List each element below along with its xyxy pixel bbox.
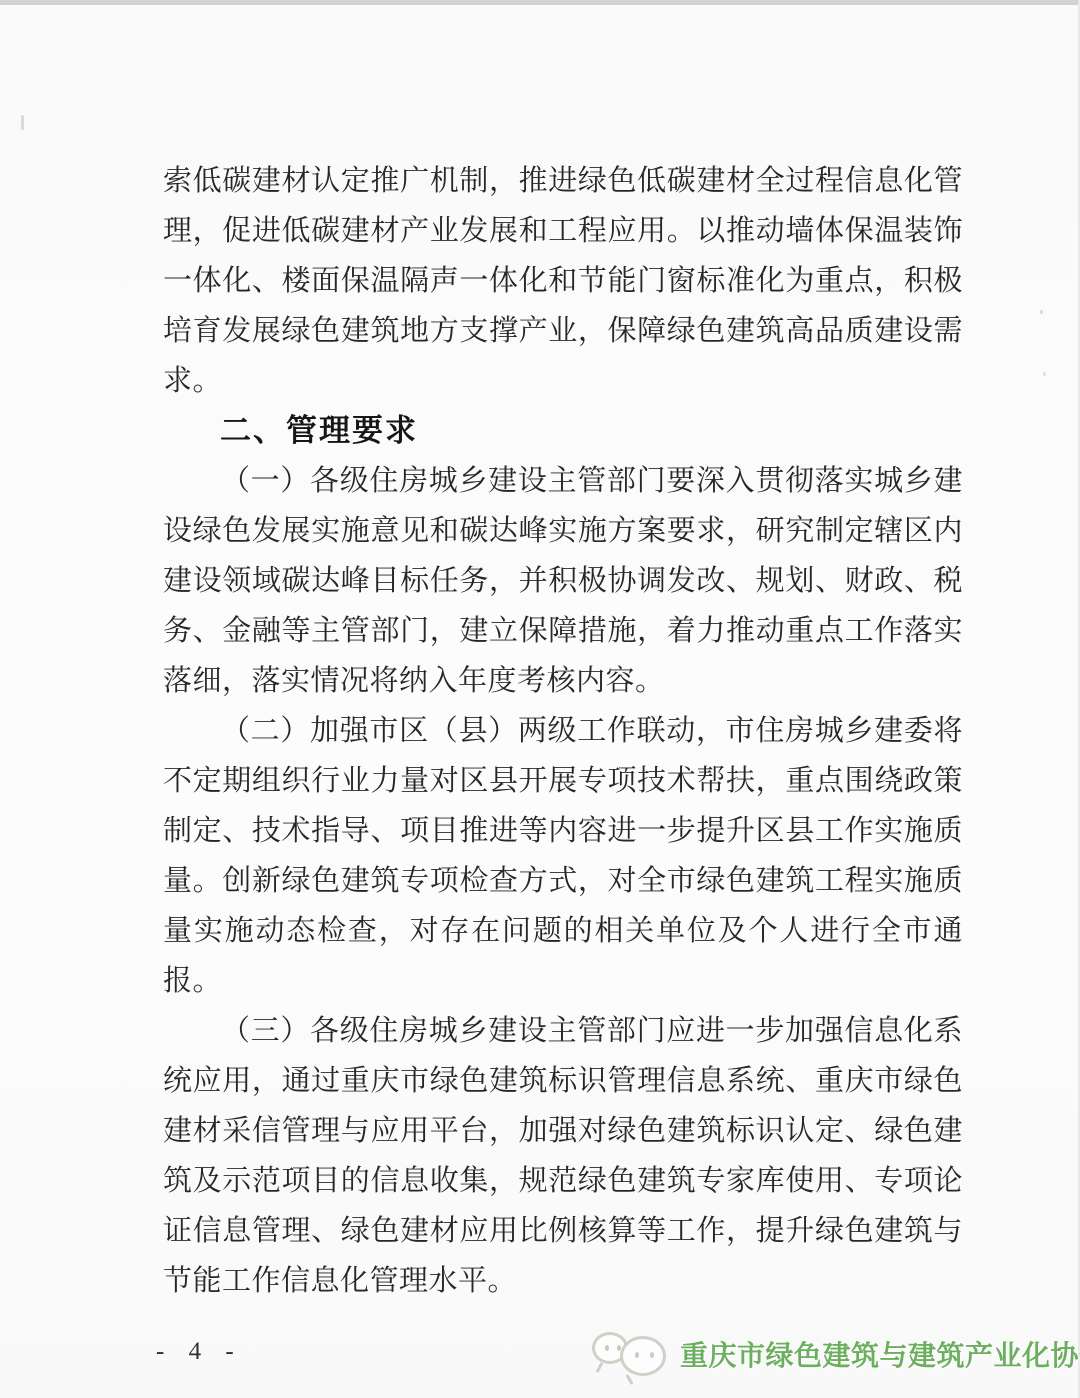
bubble-eye (605, 1345, 609, 1351)
bubble-eye (650, 1352, 654, 1358)
bubble-eye (635, 1352, 639, 1358)
scan-artifact (1043, 372, 1046, 376)
clause-paragraph-1: （一）各级住房城乡建设主管部门要深入贯彻落实城乡建设绿色发展实施意见和碳达峰实施… (163, 456, 963, 706)
clause-paragraph-3: （三）各级住房城乡建设主管部门应进一步加强信息化系统应用，通过重庆市绿色建筑标识… (163, 1006, 963, 1306)
association-name: 重庆市绿色建筑与建筑产业化协会 (680, 1334, 1080, 1374)
scan-artifact (1040, 310, 1043, 314)
association-watermark: 重庆市绿色建筑与建筑产业化协会 (590, 1322, 1080, 1386)
clause-paragraph-2: （二）加强市区（县）两级工作联动，市住房城乡建委将不定期组织行业力量对区县开展专… (163, 706, 963, 1006)
bubble-tail (596, 1362, 604, 1373)
section-heading: 二、管理要求 (163, 406, 963, 456)
document-body: 索低碳建材认定推广机制，推进绿色低碳建材全过程信息化管理，促进低碳建材产业发展和… (163, 156, 963, 1306)
wechat-chat-bubbles-icon (590, 1324, 674, 1384)
bubble-tail (625, 1374, 633, 1385)
scan-edge-top (0, 0, 1080, 5)
chat-bubble-large (620, 1336, 666, 1376)
paragraph-continuation: 索低碳建材认定推广机制，推进绿色低碳建材全过程信息化管理，促进低碳建材产业发展和… (163, 156, 963, 406)
page-number: - 4 - (156, 1338, 243, 1366)
scan-artifact (21, 115, 24, 130)
